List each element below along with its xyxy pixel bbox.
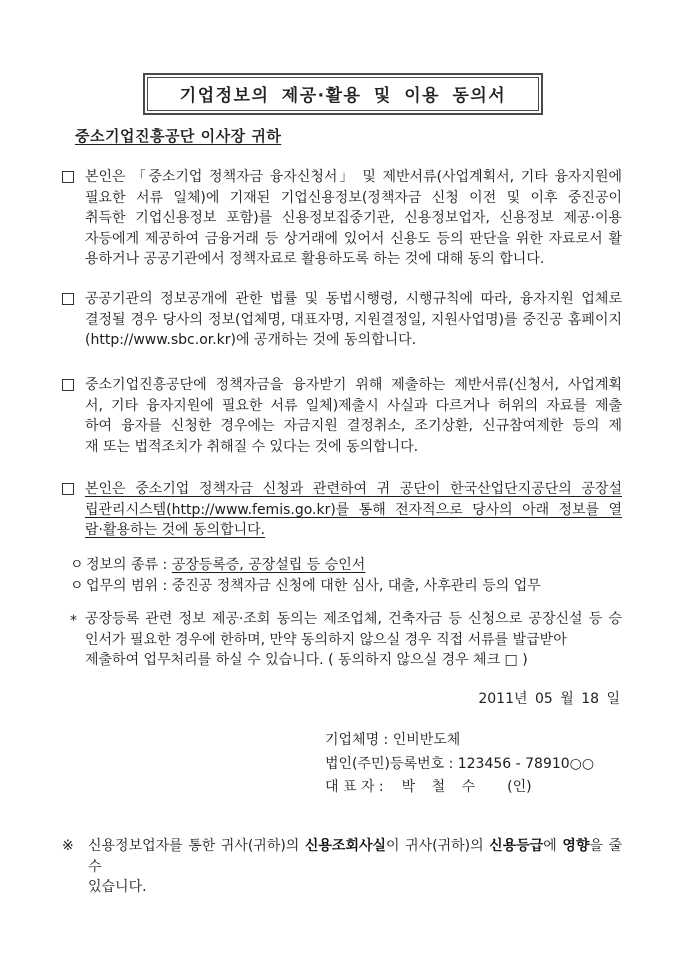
paragraph-line: 취득한 기업신용정보 포함)를 신용정보집중기관, 신용정보업자, 신용정보 제… [85, 208, 622, 229]
paragraph-line: (http://www.sbc.or.kr)에 공개하는 것에 동의합니다. [85, 330, 622, 351]
reference-mark-icon: ※ [62, 836, 74, 857]
consent-form-page: { "title": "기업정보의 제공·활용 및 이용 동의서", "reci… [0, 0, 680, 962]
consent-checkbox-4[interactable] [62, 483, 74, 495]
paragraph-line: 립관리시스템(http://www.femis.go.kr)를 통해 전자적으로… [85, 500, 622, 521]
paragraph-line: 필요한 서류 일체)에 기재된 기업신용정보(정책자금 신청 이전 및 이후 중… [85, 188, 622, 209]
footnote-bold-credit-rating: 신용등급 [489, 838, 543, 854]
company-block: 기업체명 : 인비반도체 법인(주민)등록번호 : 123456 - 78910… [325, 729, 594, 800]
star-note-line: 제출하여 업무처리를 하실 수 있습니다. ( 동의하지 않으실 경우 체크 □… [85, 650, 622, 671]
consent-paragraph-1: 본인은 「중소기업 정책자금 융자신청서」 및 제반서류(사업계획서, 기타 융… [62, 167, 622, 270]
ceo-label: 대 표 자 : [325, 779, 384, 795]
paragraph-line: 람·활용하는 것에 동의합니다. [85, 520, 622, 541]
footnote-line: 있습니다. [88, 877, 622, 898]
company-name-line: 기업체명 : 인비반도체 [325, 729, 594, 753]
paragraph-line: 용하거나 공공기관에서 정책자료로 활용하도록 하는 것에 대해 동의 합니다. [85, 249, 622, 270]
consent-paragraph-3: 중소기업진흥공단에 정책자금을 융자받기 위해 제출하는 제반서류(신청서, 사… [62, 375, 622, 457]
consent-checkbox-1[interactable] [62, 171, 74, 183]
paragraph-line: 서, 기타 융자지원에 필요한 서류 일체)제출시 사실과 다르거나 허위의 자… [85, 396, 622, 417]
footnote-bold-impact: 영향 [562, 838, 589, 854]
consent-checkbox-3[interactable] [62, 379, 74, 391]
company-regno-line: 법인(주민)등록번호 : 123456 - 78910○○ [325, 753, 594, 777]
title-box: 기업정보의 제공·활용 및 이용 동의서 [143, 73, 543, 115]
info-type-item: ㅇ정보의 종류 : 공장등록증, 공장설립 등 승인서 [70, 555, 622, 576]
paragraph-line: 하여 융자를 신청한 경우에는 자금지원 결정취소, 조기상환, 신규참여제한 … [85, 416, 622, 437]
footnote-line: 신용정보업자를 통한 귀사(귀하)의 신용조회사실이 귀사(귀하)의 신용등급에… [88, 836, 622, 877]
info-scope-value: 중진공 정책자금 신청에 대한 심사, 대출, 사후관리 등의 업무 [172, 578, 541, 594]
footnote-text: 에 [543, 838, 562, 854]
footnote-text: 이 귀사(귀하)의 [386, 838, 489, 854]
paragraph-line: 공공기관의 정보공개에 관한 법률 및 동법시행령, 시행규칙에 따라, 융자지… [85, 289, 622, 310]
info-scope-item: ㅇ업무의 범위 : 중진공 정책자금 신청에 대한 심사, 대출, 사후관리 등… [70, 576, 622, 597]
footnote-text: 신용정보업자를 통한 귀사(귀하)의 [88, 838, 305, 854]
date-line: 2011년 05 월 18 일 [478, 688, 620, 708]
paragraph-line: 결정될 경우 당사의 정보(업체명, 대표자명, 지원결정일, 지원사업명)를 … [85, 310, 622, 331]
paragraph-line: 본인은 「중소기업 정책자금 융자신청서」 및 제반서류(사업계획서, 기타 융… [85, 167, 622, 188]
ceo-name: 박 철 수 [402, 779, 481, 795]
info-type-value: 공장등록증, 공장설립 등 승인서 [172, 557, 366, 573]
consent-paragraph-4: 본인은 중소기업 정책자금 신청과 관련하여 귀 공단이 한국산업단지공단의 공… [62, 479, 622, 541]
info-scope-label: 업무의 범위 : [86, 578, 172, 594]
paragraph-line: 중소기업진흥공단에 정책자금을 융자받기 위해 제출하는 제반서류(신청서, 사… [85, 375, 622, 396]
paragraph-line: 자등에게 제공하여 금융거래 등 상거래에 있어서 신용도 등의 판단을 위한 … [85, 229, 622, 250]
star-note: * 공장등록 관련 정보 제공·조회 동의는 제조업체, 건축자금 등 신청으로… [62, 609, 622, 671]
circle-bullet-icon: ㅇ [70, 576, 86, 597]
info-type-label: 정보의 종류 : [86, 557, 172, 573]
footnote: ※ 신용정보업자를 통한 귀사(귀하)의 신용조회사실이 귀사(귀하)의 신용등… [62, 836, 622, 898]
paragraph-line: 재 또는 법적조치가 취해질 수 있다는 것에 동의합니다. [85, 437, 622, 458]
consent-checkbox-2[interactable] [62, 293, 74, 305]
asterisk-icon: * [70, 611, 77, 632]
seal-mark: (인) [507, 779, 531, 795]
page-title: 기업정보의 제공·활용 및 이용 동의서 [147, 77, 539, 111]
star-note-line: 인서가 필요한 경우에 한하며, 만약 동의하지 않으실 경우 직접 서류를 발… [85, 630, 622, 651]
paragraph-line: 본인은 중소기업 정책자금 신청과 관련하여 귀 공단이 한국산업단지공단의 공… [85, 479, 622, 500]
circle-bullet-icon: ㅇ [70, 555, 86, 576]
consent-paragraph-2: 공공기관의 정보공개에 관한 법률 및 동법시행령, 시행규칙에 따라, 융자지… [62, 289, 622, 351]
recipient-line: 중소기업진흥공단 이사장 귀하 [75, 125, 281, 146]
company-ceo-line: 대 표 자 :박 철 수(인) [325, 776, 594, 800]
footnote-bold-credit-inquiry: 신용조회사실 [305, 838, 386, 854]
star-note-line: 공장등록 관련 정보 제공·조회 동의는 제조업체, 건축자금 등 신청으로 공… [85, 609, 622, 630]
